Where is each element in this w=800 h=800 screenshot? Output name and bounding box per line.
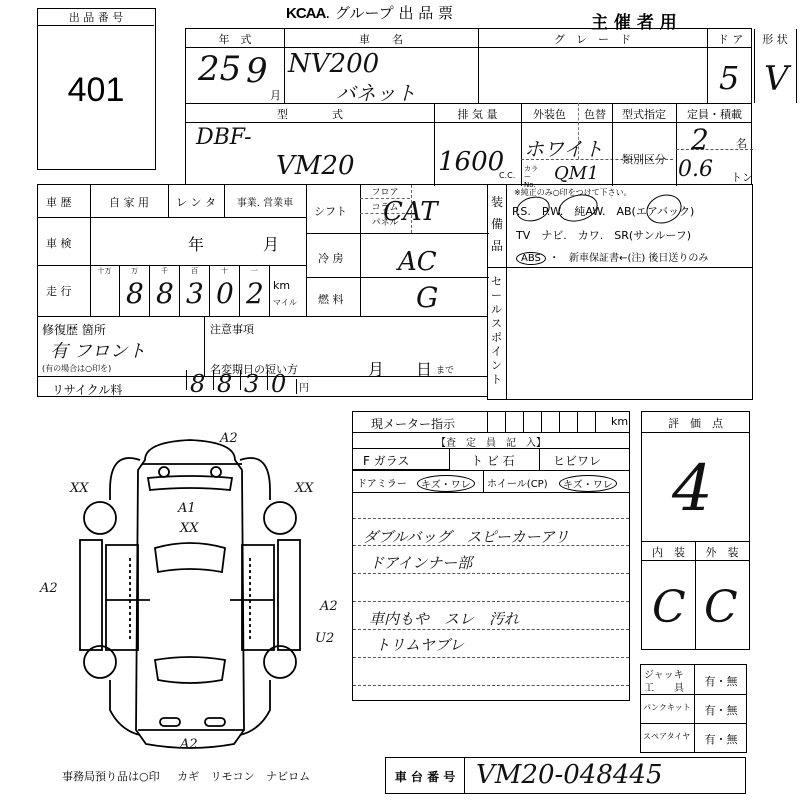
mileage-unit-km: km [273, 279, 290, 292]
meter-digit-cell[interactable] [559, 412, 577, 432]
recycle-digit: 3 [240, 370, 267, 390]
damage-marks: A2 XX XX A1 XX A2 A2 U2 A2 [39, 431, 338, 752]
type-designation-label: 型式指定 [612, 106, 676, 122]
history-label: 車 歴 [46, 194, 72, 210]
puncture-label: パンクキット [643, 702, 691, 713]
damage-mark: A1 [177, 501, 196, 516]
puncture-choice[interactable]: 有・無 [695, 702, 747, 718]
color-no-value: QM1 [554, 163, 599, 184]
year-label: 年 式 [186, 31, 284, 47]
car-outline [80, 440, 300, 748]
model-label: 型 式 [186, 106, 434, 122]
model-value-2: VM20 [276, 151, 354, 181]
mileage-unit-mile: マイル [273, 297, 297, 308]
repair-label: 修復歴 箇所 [42, 321, 106, 338]
mileage-digit-header: 十万 [90, 266, 119, 276]
meter-digits [487, 412, 627, 432]
mirror-label: ドアミラー [357, 475, 407, 490]
car-name-label: 車 名 [284, 31, 478, 47]
equipment-row-2: TV ナビ. カワ. SR(サンルーフ) [516, 227, 691, 243]
repair-value: 有 フロント [50, 337, 146, 363]
damage-mark: XX [69, 481, 89, 496]
remark-1: ダブルバッグ スピーカーアリ [363, 526, 569, 547]
month-value: 9 [246, 51, 268, 91]
capacity-label: 定員・積載 [676, 106, 753, 122]
shift-value: CAT [383, 197, 438, 227]
model-value-1: DBF- [196, 125, 252, 150]
mileage-digit-header: 百 [180, 266, 209, 276]
wheel-label: ホイール(CP) [487, 475, 548, 490]
recycle-unit: 円 [296, 379, 309, 394]
damage-mark: U2 [315, 631, 334, 646]
deposit-item-remote[interactable]: リモコン [211, 770, 255, 783]
sales-point-label: セールスポイント [491, 275, 503, 387]
deposit-item-key[interactable]: カギ [177, 770, 199, 783]
displacement-value: 1600 [438, 147, 504, 177]
meter-digit-cell[interactable] [505, 412, 523, 432]
meter-digit-cell[interactable] [487, 412, 505, 432]
damage-mark: XX [179, 521, 199, 536]
jack-label-2: 工 具 [644, 679, 684, 694]
mileage-digit-cell: 十万 [90, 265, 120, 316]
year-value: 25 [198, 49, 241, 89]
recycle-label: リサイクル料 [52, 381, 122, 398]
crack-label[interactable]: ヒビワレ [553, 452, 601, 469]
damage-mark: A2 [219, 431, 238, 446]
lot-label: 出 品 番 号 [38, 9, 154, 26]
grade-label: グ レ ー ド [478, 31, 707, 47]
form-title-text: . グループ 出 品 票 [325, 4, 453, 22]
color-label: 外装色 [521, 106, 578, 122]
car-name-value-1: NV200 [288, 49, 379, 79]
history-option-private[interactable]: 自 家 用 [90, 194, 168, 210]
shape-value: V [764, 59, 789, 99]
deposit-item-navi-rom[interactable]: ナビロム [266, 770, 310, 783]
mileage-digit: 0 [216, 277, 234, 310]
meter-digit-cell[interactable] [523, 412, 541, 432]
mileage-digit-cell: 一2 [240, 265, 270, 316]
meter-digit-cell[interactable] [577, 412, 595, 432]
load-value: 0.6 [678, 157, 713, 182]
mileage-digit-cell: 十0 [210, 265, 240, 316]
mileage-digit-cell: 万8 [120, 265, 150, 316]
fuel-label: 燃 料 [318, 291, 344, 307]
meter-unit: km [611, 415, 628, 428]
car-name-value-2: バネット [336, 77, 416, 106]
capacity-value: 2 [691, 123, 709, 156]
repair-note: (有の場合は○印を) [42, 363, 111, 374]
spare-choice[interactable]: 有・無 [695, 731, 747, 747]
name-change-day: 日 [416, 357, 432, 380]
name-change-month: 月 [368, 357, 384, 380]
history-option-business[interactable]: 事業. 営業車 [224, 194, 306, 209]
category-label: 類別区分 [612, 151, 676, 167]
ac-label: 冷 房 [318, 250, 344, 266]
chassis-box: 車 台 番 号 VM20-048445 [385, 757, 746, 794]
name-change-suffix: まで [436, 363, 454, 376]
circle-ab [642, 190, 685, 229]
mileage-digit-cell: 百3 [180, 265, 210, 316]
recycle-digits: 8830円 [158, 376, 308, 396]
mileage-digit-cell: 千8 [150, 265, 180, 316]
lot-number: 401 [38, 71, 154, 110]
shape-label: 形 状 [754, 31, 796, 47]
recycle-digit: 8 [186, 370, 213, 390]
equipment-label: 装 備 品 [491, 191, 503, 257]
score-label: 評 価 点 [642, 415, 749, 431]
chassis-label: 車 台 番 号 [386, 768, 464, 785]
displacement-unit: C.C. [499, 171, 515, 180]
shift-label: シフト [314, 203, 347, 219]
exterior-label: 外 装 [695, 544, 749, 560]
equipment-box: 装 備 品 ※純正のみ○印をつけて下さい。 P.S. P.W. 純AW. AB(… [487, 184, 753, 400]
chip-label[interactable]: ト ビ 石 [471, 452, 515, 469]
deposit-note-row: 事務局預り品は○印 カギ リモコン ナビロム [62, 768, 310, 784]
month-unit: 月 [270, 87, 281, 103]
remark-4: トリムヤブレ [375, 634, 464, 655]
interior-value: C [652, 582, 686, 633]
brand-logo: KCAA [286, 5, 325, 22]
meter-digit-cell[interactable] [541, 412, 559, 432]
remark-2: ドアインナー部 [369, 552, 472, 573]
deposit-note: 事務局預り品は○印 [62, 770, 160, 783]
equipment-row-3-rest: ・ 新車保証書←(注) 後日送りのみ [549, 253, 708, 264]
equipment-row-3: ABS ・ 新車保証書←(注) 後日送りのみ [516, 249, 708, 264]
history-grid: 車 歴 自 家 用 レ ン タ 事業. 営業車 車 検 年 月 走 行 十万万8… [37, 184, 488, 397]
lot-number-box: 出 品 番 号 401 [37, 8, 156, 170]
mileage-digit: 8 [126, 277, 144, 310]
mileage-digit-header: 万 [120, 266, 149, 276]
load-unit: トン [731, 169, 753, 185]
mileage-digit: 3 [186, 277, 204, 310]
accessories-box: ジャッキ 工 具 有・無 パンクキット 有・無 スペアタイヤ 有・無 [640, 664, 747, 753]
mileage-digit: 2 [246, 277, 264, 310]
inspection-year-unit: 年 [188, 232, 204, 255]
mileage-digit-header: 十 [210, 266, 239, 276]
grade-box: 評 価 点 4 内 装 外 装 C C [641, 411, 750, 650]
inspector-label: 【査 定 員 記 入】 [353, 434, 629, 449]
inspector-box: 現メーター指示 km 【査 定 員 記 入】 F ガラス ト ビ 石 ヒビワレ … [352, 411, 630, 701]
recycle-digit: 0 [267, 370, 294, 390]
displacement-label: 排 気 量 [434, 106, 521, 122]
vehicle-info-grid: 年 式 25 9 月 車 名 NV200 バネット グ レ ー ド ド ア 5 … [185, 28, 752, 185]
inspection-month-unit: 月 [263, 232, 279, 255]
interior-label: 内 装 [642, 544, 695, 560]
abs-option[interactable]: ABS [516, 252, 546, 265]
inspection-label: 車 検 [46, 235, 72, 251]
glass-label: F ガラス [363, 452, 409, 469]
spare-label: スペアタイヤ [643, 731, 690, 742]
mileage-label: 走 行 [46, 283, 72, 299]
mileage-digit-header: 一 [240, 266, 269, 276]
history-option-rental[interactable]: レ ン タ [168, 194, 224, 210]
form-title: KCAA. グループ 出 品 票 [286, 2, 453, 23]
jack-choice[interactable]: 有・無 [695, 673, 747, 689]
color-change-label: 色替 [578, 106, 612, 122]
damage-mark: XX [294, 481, 314, 496]
chassis-value: VM20-048445 [476, 760, 663, 790]
damage-mark: A2 [319, 599, 338, 614]
door-value: 5 [719, 59, 739, 97]
score-value: 4 [672, 452, 713, 526]
mileage-digits: 十万万8千8百3十0一2kmマイル [90, 265, 306, 316]
recycle-digit: 8 [213, 370, 240, 390]
damage-mark: A2 [39, 581, 58, 596]
notes-label: 注意事項 [210, 321, 254, 337]
ac-value: AC [398, 247, 437, 277]
car-damage-diagram: A2 XX XX A1 XX A2 A2 U2 A2 [30, 430, 350, 760]
fuel-value: G [416, 281, 438, 314]
mirror-value[interactable]: キズ・ワレ [417, 475, 475, 492]
door-label: ド ア [707, 31, 754, 47]
capacity-unit: 名 [736, 135, 747, 151]
remark-3: 車内もや スレ 汚れ [369, 608, 519, 629]
exterior-value: C [704, 582, 738, 633]
mileage-digit: 8 [156, 277, 174, 310]
meter-label: 現メーター指示 [371, 415, 455, 432]
wheel-value[interactable]: キズ・ワレ [559, 475, 617, 492]
color-value: ホワイト [524, 133, 603, 162]
damage-mark: A2 [179, 737, 198, 752]
mileage-digit-header: 千 [150, 266, 179, 276]
